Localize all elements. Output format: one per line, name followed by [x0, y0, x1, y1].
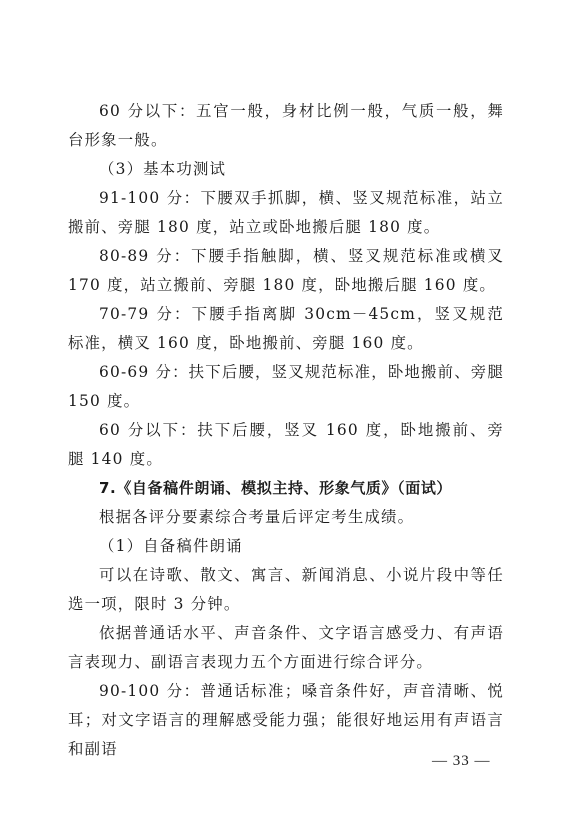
paragraph-scoring-criteria: 依据普通话水平、声音条件、文字语言感受力、有声语言表现力、副语言表现力五个方面进…	[68, 619, 504, 677]
paragraph-70-79: 70-79 分：下腰手指离脚 30cm－45cm，竖叉规范标准，横叉 160 度…	[68, 300, 504, 358]
paragraph-below-60-skills: 60 分以下：扶下后腰，竖叉 160 度，卧地搬前、旁腿 140 度。	[68, 416, 504, 474]
paragraph-60-69: 60-69 分：扶下后腰，竖叉规范标准，卧地搬前、旁腿 150 度。	[68, 358, 504, 416]
paragraph-90-100: 90-100 分：普通话标准；嗓音条件好，声音清晰、悦耳；对文字语言的理解感受能…	[68, 677, 504, 764]
document-page: 60 分以下：五官一般，身材比例一般，气质一般，舞台形象一般。 （3）基本功测试…	[68, 97, 504, 764]
paragraph-below-60-appearance: 60 分以下：五官一般，身材比例一般，气质一般，舞台形象一般。	[68, 97, 504, 155]
subsection-heading-recitation: （1）自备稿件朗诵	[68, 532, 504, 561]
paragraph-recitation-options: 可以在诗歌、散文、寓言、新闻消息、小说片段中等任选一项，限时 3 分钟。	[68, 561, 504, 619]
paragraph-scoring-intro: 根据各评分要素综合考量后评定考生成绩。	[68, 503, 504, 532]
paragraph-80-89: 80-89 分：下腰手指触脚，横、竖叉规范标准或横叉 170 度，站立搬前、旁腿…	[68, 242, 504, 300]
page-number: — 33 —	[432, 753, 491, 770]
section-heading-basic-skills: （3）基本功测试	[68, 155, 504, 184]
paragraph-91-100: 91-100 分：下腰双手抓脚，横、竖叉规范标准，站立搬前、旁腿 180 度，站…	[68, 184, 504, 242]
section-heading-7: 7.《自备稿件朗诵、模拟主持、形象气质》（面试）	[68, 474, 504, 503]
